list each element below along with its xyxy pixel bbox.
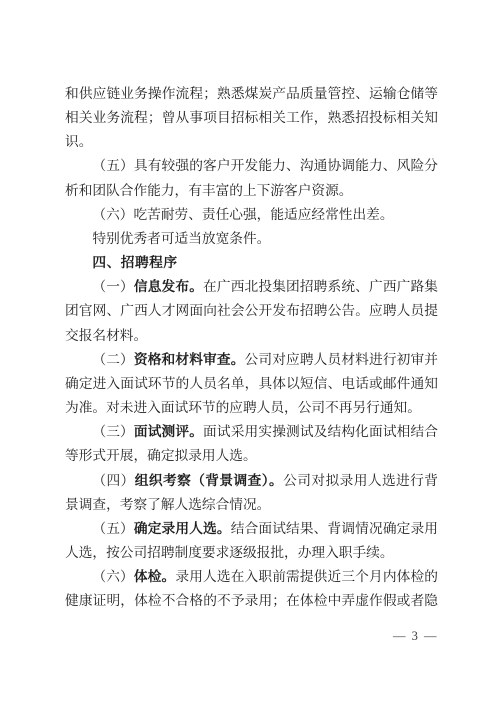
document-line: 特别优秀者可适当放宽条件。 — [65, 227, 438, 251]
body-text: 确定进入面试环节的人员名单，具体以短信、电话或邮件通知 — [65, 376, 438, 391]
body-text: 等形式开展，确定拟录用人选。 — [65, 448, 257, 463]
body-text: 人选，按公司招聘制度要求逐级报批，办理入职手续。 — [65, 545, 394, 560]
document-body: 和供应链业务操作流程；熟悉煤炭产品质量管控、运输仓储等相关业务流程；曾从事项目招… — [65, 82, 438, 613]
body-text: （五） — [92, 521, 134, 536]
document-line: 为准。对未进入面试环节的应聘人员，公司不再另行通知。 — [65, 396, 438, 420]
body-text: 和供应链业务操作流程；熟悉煤炭产品质量管控、运输仓储等 — [65, 86, 438, 101]
section-heading: 四、招聘程序 — [65, 251, 438, 275]
document-line: （二）资格和材料审查。公司对应聘人员材料进行初审并 — [65, 348, 438, 372]
body-text: （一） — [92, 279, 134, 294]
emphasized-text: 体检。 — [134, 569, 176, 584]
body-text: 团官网、广西人才网面向社会公开发布招聘公告。应聘人员提 — [65, 303, 438, 318]
body-text: （六） — [92, 569, 134, 584]
document-line: 团官网、广西人才网面向社会公开发布招聘公告。应聘人员提 — [65, 299, 438, 323]
body-text: 景调查，考察了解人选综合情况。 — [65, 497, 270, 512]
document-line: 析和团队合作能力，有丰富的上下游客户资源。 — [65, 179, 438, 203]
body-text: 公司对拟录用人选进行背 — [283, 473, 438, 488]
document-line: （四）组织考察（背景调查）。公司对拟录用人选进行背 — [65, 469, 438, 493]
document-line: （六）体检。录用人选在入职前需提供近三个月内体检的 — [65, 565, 438, 589]
document-line: 识。 — [65, 130, 438, 154]
body-text: （五）具有较强的客户开发能力、沟通协调能力、风险分 — [92, 158, 438, 173]
body-text: 交报名材料。 — [65, 328, 147, 343]
body-text: （四） — [92, 473, 134, 488]
body-text: 结合面试结果、背调情况确定录用 — [231, 521, 438, 536]
body-text: 特别优秀者可适当放宽条件。 — [92, 231, 270, 246]
emphasized-text: 信息发布。 — [134, 279, 203, 294]
body-text: 录用人选在入职前需提供近三个月内体检的 — [175, 569, 438, 584]
body-text: 识。 — [65, 134, 92, 149]
body-text: 相关业务流程；曾从事项目招标相关工作，熟悉招投标相关知 — [65, 110, 438, 125]
document-line: （五）确定录用人选。结合面试结果、背调情况确定录用 — [65, 517, 438, 541]
document-line: 交报名材料。 — [65, 324, 438, 348]
document-line: 确定进入面试环节的人员名单，具体以短信、电话或邮件通知 — [65, 372, 438, 396]
body-text: 为准。对未进入面试环节的应聘人员，公司不再另行通知。 — [65, 400, 421, 415]
document-line: （五）具有较强的客户开发能力、沟通协调能力、风险分 — [65, 154, 438, 178]
body-text: （三） — [92, 424, 134, 439]
body-text: 析和团队合作能力，有丰富的上下游客户资源。 — [65, 183, 352, 198]
document-page: 和供应链业务操作流程；熟悉煤炭产品质量管控、运输仓储等相关业务流程；曾从事项目招… — [0, 0, 500, 707]
emphasized-text: 面试测评。 — [134, 424, 203, 439]
body-text: （二） — [92, 352, 134, 367]
document-line: 等形式开展，确定拟录用人选。 — [65, 444, 438, 468]
document-line: 健康证明，体检不合格的不予录用；在体检中弄虚作假或者隐 — [65, 589, 438, 613]
page-number: — 3 — — [393, 629, 438, 644]
body-text: 健康证明，体检不合格的不予录用；在体检中弄虚作假或者隐 — [65, 593, 438, 608]
body-text: 在广西北投集团招聘系统、广西广路集 — [203, 279, 438, 294]
body-text: 公司对应聘人员材料进行初审并 — [245, 352, 438, 367]
document-line: 相关业务流程；曾从事项目招标相关工作，熟悉招投标相关知 — [65, 106, 438, 130]
body-text: （六）吃苦耐劳、责任心强，能适应经常性出差。 — [92, 207, 393, 222]
emphasized-text: 组织考察（背景调查）。 — [135, 473, 283, 488]
emphasized-text: 四、招聘程序 — [92, 255, 177, 270]
document-line: 人选，按公司招聘制度要求逐级报批，办理入职手续。 — [65, 541, 438, 565]
document-line: 和供应链业务操作流程；熟悉煤炭产品质量管控、运输仓储等 — [65, 82, 438, 106]
document-line: （三）面试测评。面试采用实操测试及结构化面试相结合 — [65, 420, 438, 444]
document-line: （一）信息发布。在广西北投集团招聘系统、广西广路集 — [65, 275, 438, 299]
emphasized-text: 资格和材料审查。 — [134, 352, 245, 367]
document-line: （六）吃苦耐劳、责任心强，能适应经常性出差。 — [65, 203, 438, 227]
body-text: 面试采用实操测试及结构化面试相结合 — [203, 424, 438, 439]
emphasized-text: 确定录用人选。 — [134, 521, 231, 536]
document-line: 景调查，考察了解人选综合情况。 — [65, 493, 438, 517]
